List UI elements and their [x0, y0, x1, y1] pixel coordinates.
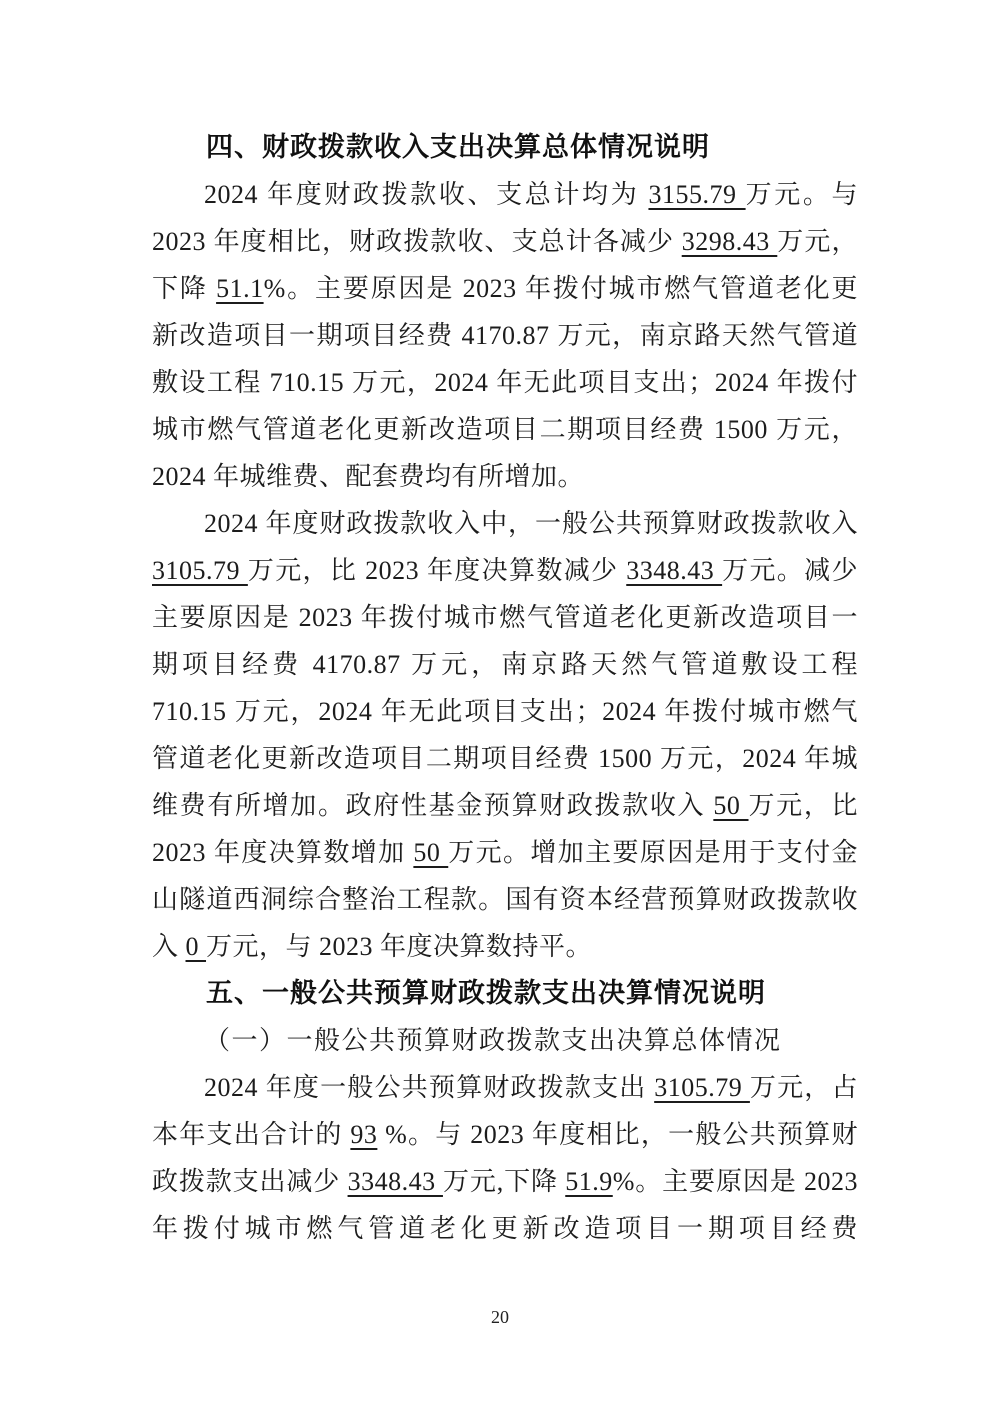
body-paragraph: 2024 年度财政拨款收、支总计均为 3155.79 万元。与2023 年度相比…: [152, 171, 858, 500]
underlined-value: 50: [713, 791, 748, 820]
text-segment: 城市燃气管道老化更新改造项目二期项目经费 1500 万元，: [152, 415, 858, 444]
underlined-value: 3298.43: [682, 227, 778, 256]
text-line: 2024 年度财政拨款收入中，一般公共预算财政拨款收入: [152, 500, 858, 547]
text-segment: 四、财政拨款收入支出决算总体情况说明: [206, 132, 710, 162]
text-line: 四、财政拨款收入支出决算总体情况说明: [152, 124, 858, 171]
text-segment: 万元，占: [750, 1073, 858, 1102]
text-line: 五、一般公共预算财政拨款支出决算情况说明: [152, 970, 858, 1017]
text-segment: 新改造项目一期项目经费 4170.87 万元，南京路天然气管道: [152, 321, 858, 350]
text-segment: 2024 年度财政拨款收、支总计均为: [204, 180, 648, 209]
section-heading: 四、财政拨款收入支出决算总体情况说明: [152, 124, 858, 171]
text-segment: 主要原因是 2023 年拨付城市燃气管道老化更新改造项目一: [152, 603, 858, 632]
text-segment: 五、一般公共预算财政拨款支出决算情况说明: [206, 978, 766, 1008]
document-content: 四、财政拨款收入支出决算总体情况说明2024 年度财政拨款收、支总计均为 315…: [152, 124, 858, 1252]
text-line: 山隧道西洞综合整治工程款。国有资本经营预算财政拨款收: [152, 876, 858, 923]
text-line: 管道老化更新改造项目二期项目经费 1500 万元，2024 年城: [152, 735, 858, 782]
text-segment: 万元，比 2023 年度决算数减少: [248, 556, 626, 585]
text-line: 期项目经费 4170.87 万元，南京路天然气管道敷设工程: [152, 641, 858, 688]
text-segment: 万元。增加主要原因是用于支付金: [448, 838, 858, 867]
underlined-value: 3348.43: [626, 556, 722, 585]
underlined-value: 3348.43: [348, 1167, 443, 1196]
text-segment: 2023 年度决算数增加: [152, 838, 413, 867]
text-line: 710.15 万元，2024 年无此项目支出；2024 年拨付城市燃气: [152, 688, 858, 735]
text-segment: 年拨付城市燃气管道老化更新改造项目一期项目经费: [152, 1214, 858, 1243]
body-paragraph: 2024 年度财政拨款收入中，一般公共预算财政拨款收入3105.79 万元，比 …: [152, 500, 858, 970]
text-line: 下降 51.1%。主要原因是 2023 年拨付城市燃气管道老化更: [152, 265, 858, 312]
text-segment: 2023 年度相比，财政拨款收、支总计各减少: [152, 227, 682, 256]
text-line: 年拨付城市燃气管道老化更新改造项目一期项目经费: [152, 1205, 858, 1252]
text-segment: 期项目经费 4170.87 万元，南京路天然气管道敷设工程: [152, 650, 858, 679]
underlined-value: 93: [350, 1120, 377, 1149]
text-segment: 维费有所增加。政府性基金预算财政拨款收入: [152, 791, 713, 820]
text-segment: %。主要原因是 2023: [613, 1167, 858, 1196]
text-line: （一）一般公共预算财政拨款支出决算总体情况: [152, 1017, 858, 1064]
text-line: 3105.79 万元，比 2023 年度决算数减少 3348.43 万元。减少: [152, 547, 858, 594]
text-segment: %。与 2023 年度相比，一般公共预算财: [377, 1120, 858, 1149]
text-line: 城市燃气管道老化更新改造项目二期项目经费 1500 万元，: [152, 406, 858, 453]
text-segment: 入: [152, 932, 186, 961]
text-line: 2024 年城维费、配套费均有所增加。: [152, 453, 858, 500]
underlined-value: 51.9: [565, 1167, 613, 1196]
underlined-value: 3105.79: [654, 1073, 750, 1102]
text-line: 主要原因是 2023 年拨付城市燃气管道老化更新改造项目一: [152, 594, 858, 641]
text-line: 2023 年度相比，财政拨款收、支总计各减少 3298.43 万元，: [152, 218, 858, 265]
text-segment: 管道老化更新改造项目二期项目经费 1500 万元，2024 年城: [152, 744, 858, 773]
text-segment: 下降: [152, 274, 216, 303]
text-segment: 敷设工程 710.15 万元，2024 年无此项目支出；2024 年拨付: [152, 368, 858, 397]
text-line: 维费有所增加。政府性基金预算财政拨款收入 50 万元，比: [152, 782, 858, 829]
text-segment: %。主要原因是 2023 年拨付城市燃气管道老化更: [264, 274, 858, 303]
page-number: 20: [0, 1305, 1000, 1329]
text-line: 2024 年度一般公共预算财政拨款支出 3105.79 万元，占: [152, 1064, 858, 1111]
text-segment: 山隧道西洞综合整治工程款。国有资本经营预算财政拨款收: [152, 885, 858, 914]
text-line: 敷设工程 710.15 万元，2024 年无此项目支出；2024 年拨付: [152, 359, 858, 406]
text-segment: 万元，与 2023 年度决算数持平。: [206, 932, 592, 961]
text-line: 本年支出合计的 93 %。与 2023 年度相比，一般公共预算财: [152, 1111, 858, 1158]
text-segment: 万元，比: [749, 791, 858, 820]
underlined-value: 0: [186, 932, 207, 961]
body-paragraph: 2024 年度一般公共预算财政拨款支出 3105.79 万元，占本年支出合计的 …: [152, 1064, 858, 1252]
text-segment: 政拨款支出减少: [152, 1167, 348, 1196]
text-segment: 2024 年度一般公共预算财政拨款支出: [204, 1073, 654, 1102]
underlined-value: 50: [413, 838, 448, 867]
text-segment: 万元。减少: [722, 556, 858, 585]
text-line: 入 0 万元，与 2023 年度决算数持平。: [152, 923, 858, 970]
document-page: 四、财政拨款收入支出决算总体情况说明2024 年度财政拨款收、支总计均为 315…: [0, 0, 1000, 1414]
text-line: 2024 年度财政拨款收、支总计均为 3155.79 万元。与: [152, 171, 858, 218]
text-line: 新改造项目一期项目经费 4170.87 万元，南京路天然气管道: [152, 312, 858, 359]
text-segment: 本年支出合计的: [152, 1120, 350, 1149]
text-segment: 万元，: [777, 227, 858, 256]
underlined-value: 3155.79: [648, 180, 745, 209]
underlined-value: 51.1: [216, 274, 264, 303]
section-heading: 五、一般公共预算财政拨款支出决算情况说明: [152, 970, 858, 1017]
text-segment: 万元,下降: [443, 1167, 565, 1196]
underlined-value: 3105.79: [152, 556, 248, 585]
text-segment: 2024 年城维费、配套费均有所增加。: [152, 462, 584, 491]
text-segment: （一）一般公共预算财政拨款支出决算总体情况: [204, 1026, 782, 1055]
sub-heading: （一）一般公共预算财政拨款支出决算总体情况: [152, 1017, 858, 1064]
text-segment: 2024 年度财政拨款收入中，一般公共预算财政拨款收入: [204, 509, 858, 538]
text-line: 2023 年度决算数增加 50 万元。增加主要原因是用于支付金: [152, 829, 858, 876]
text-segment: 710.15 万元，2024 年无此项目支出；2024 年拨付城市燃气: [152, 697, 858, 726]
text-segment: 万元。与: [746, 180, 858, 209]
text-line: 政拨款支出减少 3348.43 万元,下降 51.9%。主要原因是 2023: [152, 1158, 858, 1205]
